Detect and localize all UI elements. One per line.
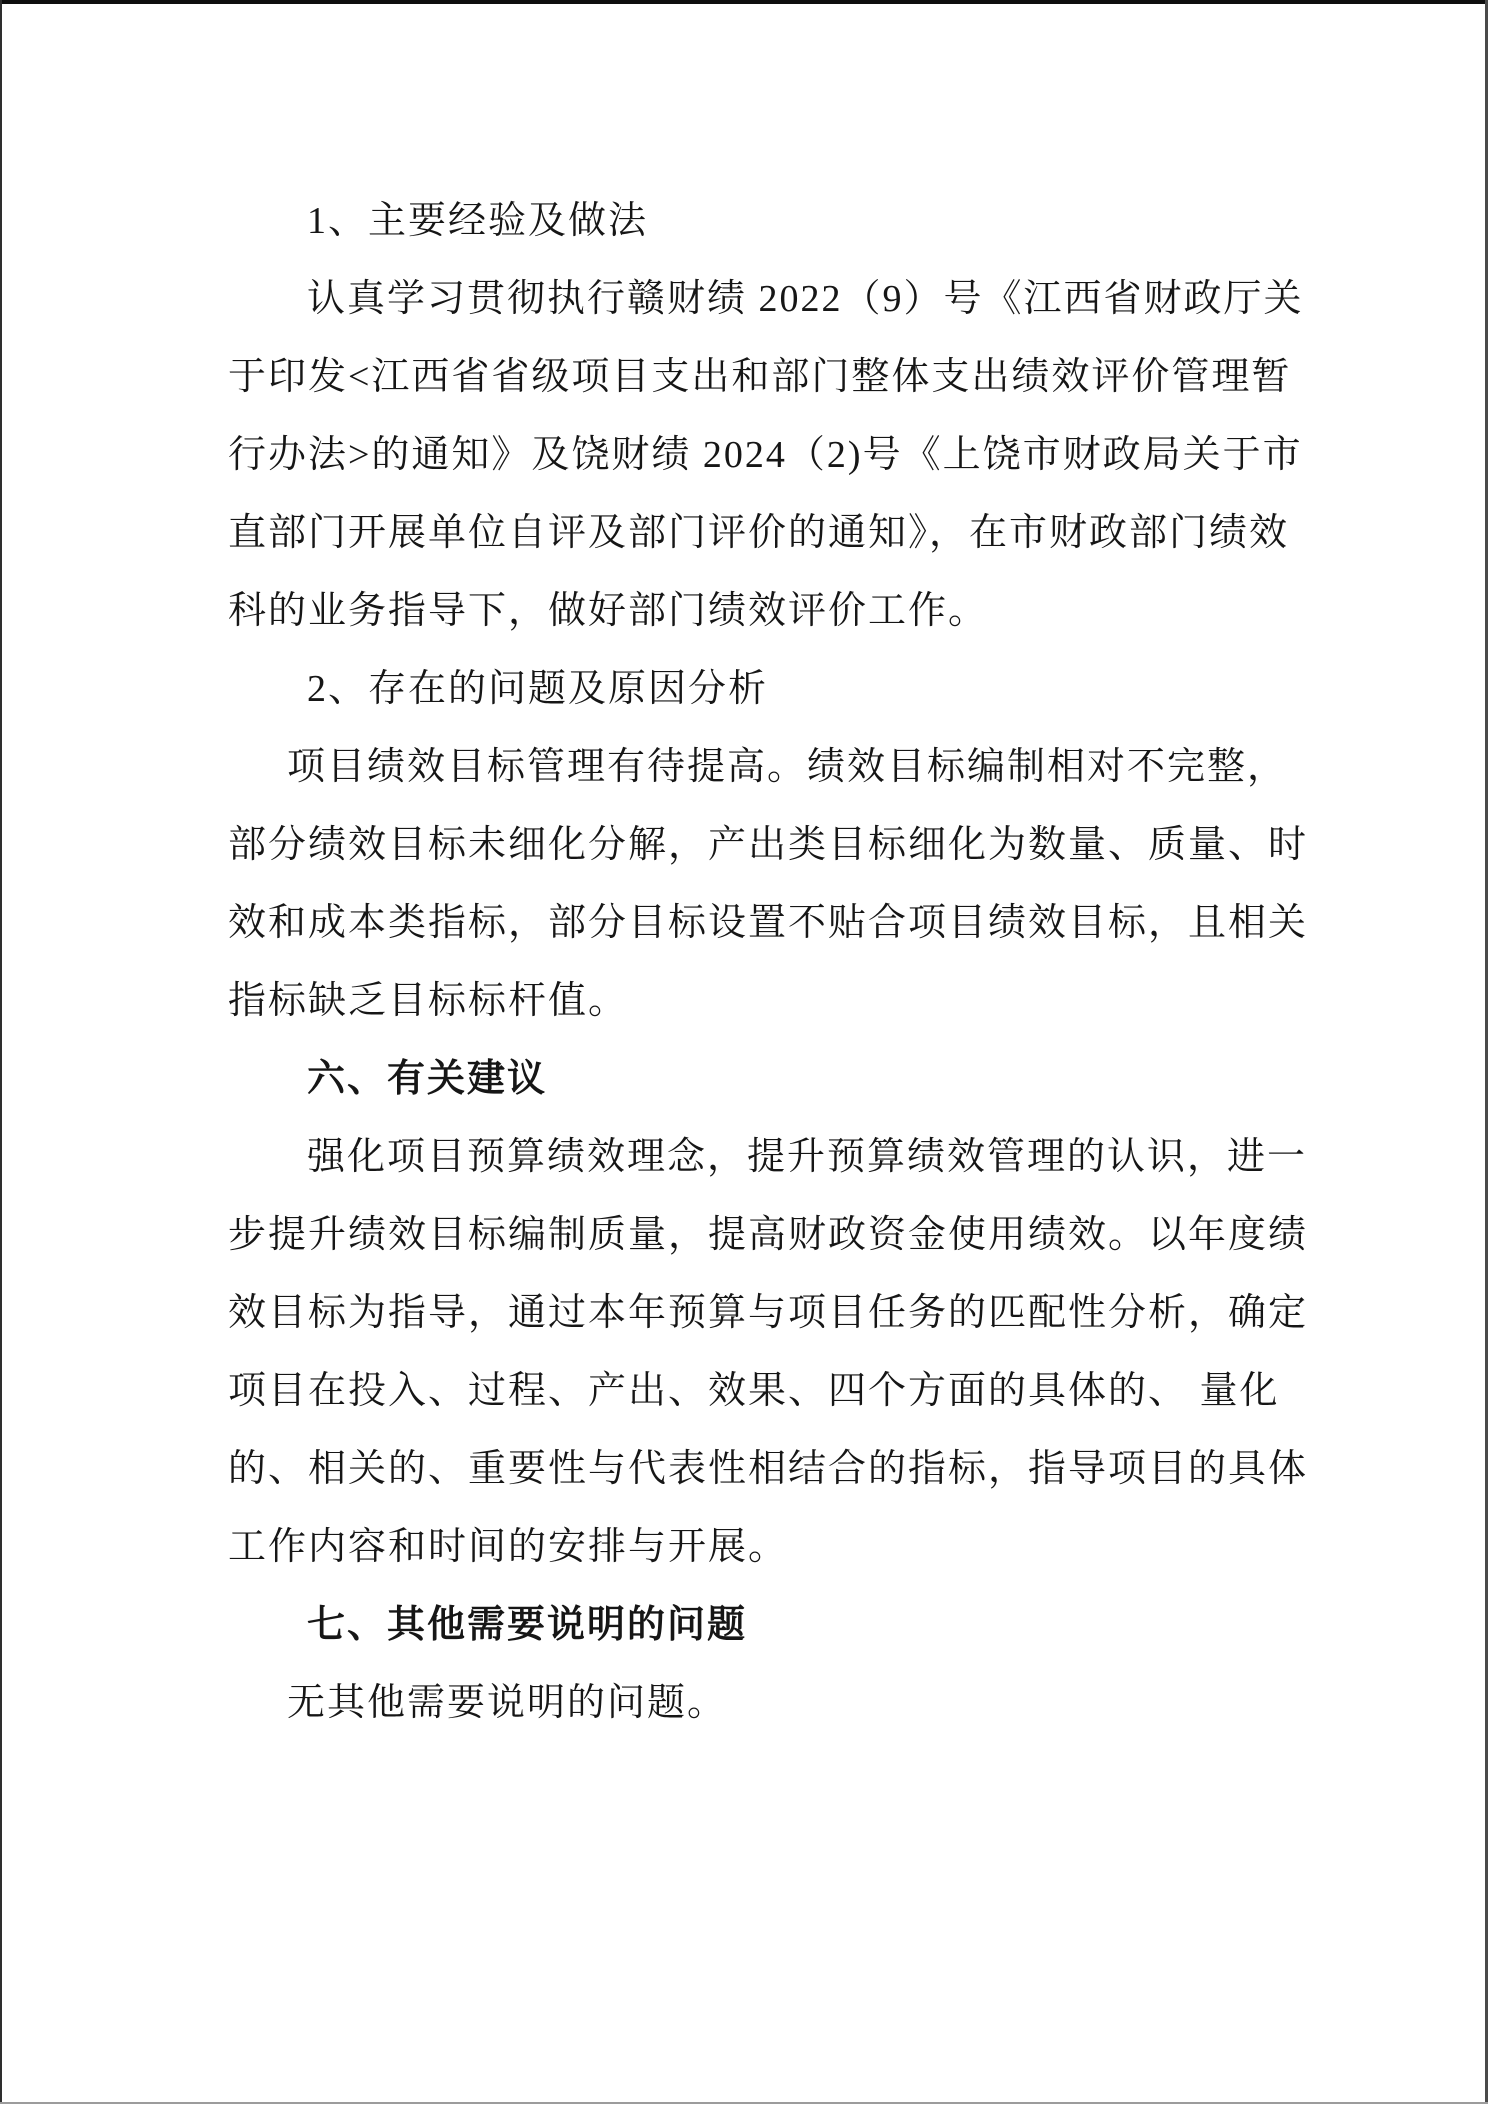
paragraph-line: 指标缺乏目标标杆值。 [228,962,1288,1040]
document-page: 1、主要经验及做法 认真学习贯彻执行赣财绩 2022（9）号《江西省财政厅关 于… [0,0,1488,2104]
section-heading-seven: 七、其他需要说明的问题 [228,1586,1288,1664]
section-heading-six: 六、有关建议 [228,1040,1288,1118]
paragraph-line: 效目标为指导，通过本年预算与项目任务的匹配性分析，确定 [228,1274,1288,1352]
paragraph-line: 无其他需要说明的问题。 [228,1664,1288,1742]
paragraph-line: 项目绩效目标管理有待提高。绩效目标编制相对不完整， [228,728,1288,806]
paragraph-line: 认真学习贯彻执行赣财绩 2022（9）号《江西省财政厅关 [228,260,1288,338]
page-edge-left [0,0,2,2104]
paragraph-line: 直部门开展单位自评及部门评价的通知》，在市财政部门绩效 [228,494,1288,572]
paragraph-line: 部分绩效目标未细化分解，产出类目标细化为数量、质量、时 [228,806,1288,884]
paragraph-line: 效和成本类指标，部分目标设置不贴合项目绩效目标，且相关 [228,884,1288,962]
page-edge-top [0,0,1488,4]
numbered-subheading-1: 1、主要经验及做法 [228,182,1288,260]
paragraph-line: 工作内容和时间的安排与开展。 [228,1508,1288,1586]
paragraph-line: 项目在投入、过程、产出、效果、四个方面的具体的、 量化 [228,1352,1288,1430]
numbered-subheading-2: 2、存在的问题及原因分析 [228,650,1288,728]
document-body: 1、主要经验及做法 认真学习贯彻执行赣财绩 2022（9）号《江西省财政厅关 于… [228,182,1288,1742]
paragraph-line: 科的业务指导下，做好部门绩效评价工作。 [228,572,1288,650]
paragraph-line: 步提升绩效目标编制质量，提高财政资金使用绩效。以年度绩 [228,1196,1288,1274]
paragraph-line: 于印发<江西省省级项目支出和部门整体支出绩效评价管理暂 [228,338,1288,416]
paragraph-line: 强化项目预算绩效理念，提升预算绩效管理的认识，进一 [228,1118,1288,1196]
paragraph-line: 行办法>的通知》及饶财绩 2024（2)号《上饶市财政局关于市 [228,416,1288,494]
paragraph-line: 的、相关的、重要性与代表性相结合的指标，指导项目的具体 [228,1430,1288,1508]
